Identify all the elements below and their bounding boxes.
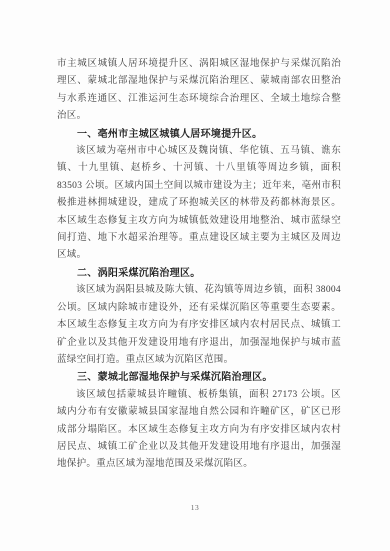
document-body: 市主城区城镇人居环境提升区、涡阳城区湿地保护与采煤沉陷治理区、蒙城北部湿地保护与… [57, 56, 341, 474]
section-heading: 一、亳州市主城区城镇人居环境提升区。 [57, 126, 341, 143]
document-page: 市主城区城镇人居环境提升区、涡阳城区湿地保护与采煤沉陷治理区、蒙城北部湿地保护与… [0, 0, 390, 551]
section-heading: 三、蒙城北部湿地保护与采煤沉陷治理区。 [57, 369, 341, 386]
page-number: 13 [0, 503, 390, 512]
paragraph-continuation: 市主城区城镇人居环境提升区、涡阳城区湿地保护与采煤沉陷治理区、蒙城北部湿地保护与… [57, 56, 341, 126]
section-heading: 二、涡阳采煤沉陷治理区。 [57, 265, 341, 282]
paragraph: 该区域为亳州市中心城区及魏岗镇、华佗镇、五马镇、谯东镇、十九里镇、赵桥乡、十河镇… [57, 143, 341, 265]
paragraph: 该区域包括蒙城县许疃镇、板桥集镇，面积 27173 公顷。区域内分布有安徽蒙城县… [57, 387, 341, 474]
paragraph: 该区域为涡阳县城及陈大镇、花沟镇等周边乡镇，面积 38004 公顷。区域内除城市… [57, 282, 341, 369]
